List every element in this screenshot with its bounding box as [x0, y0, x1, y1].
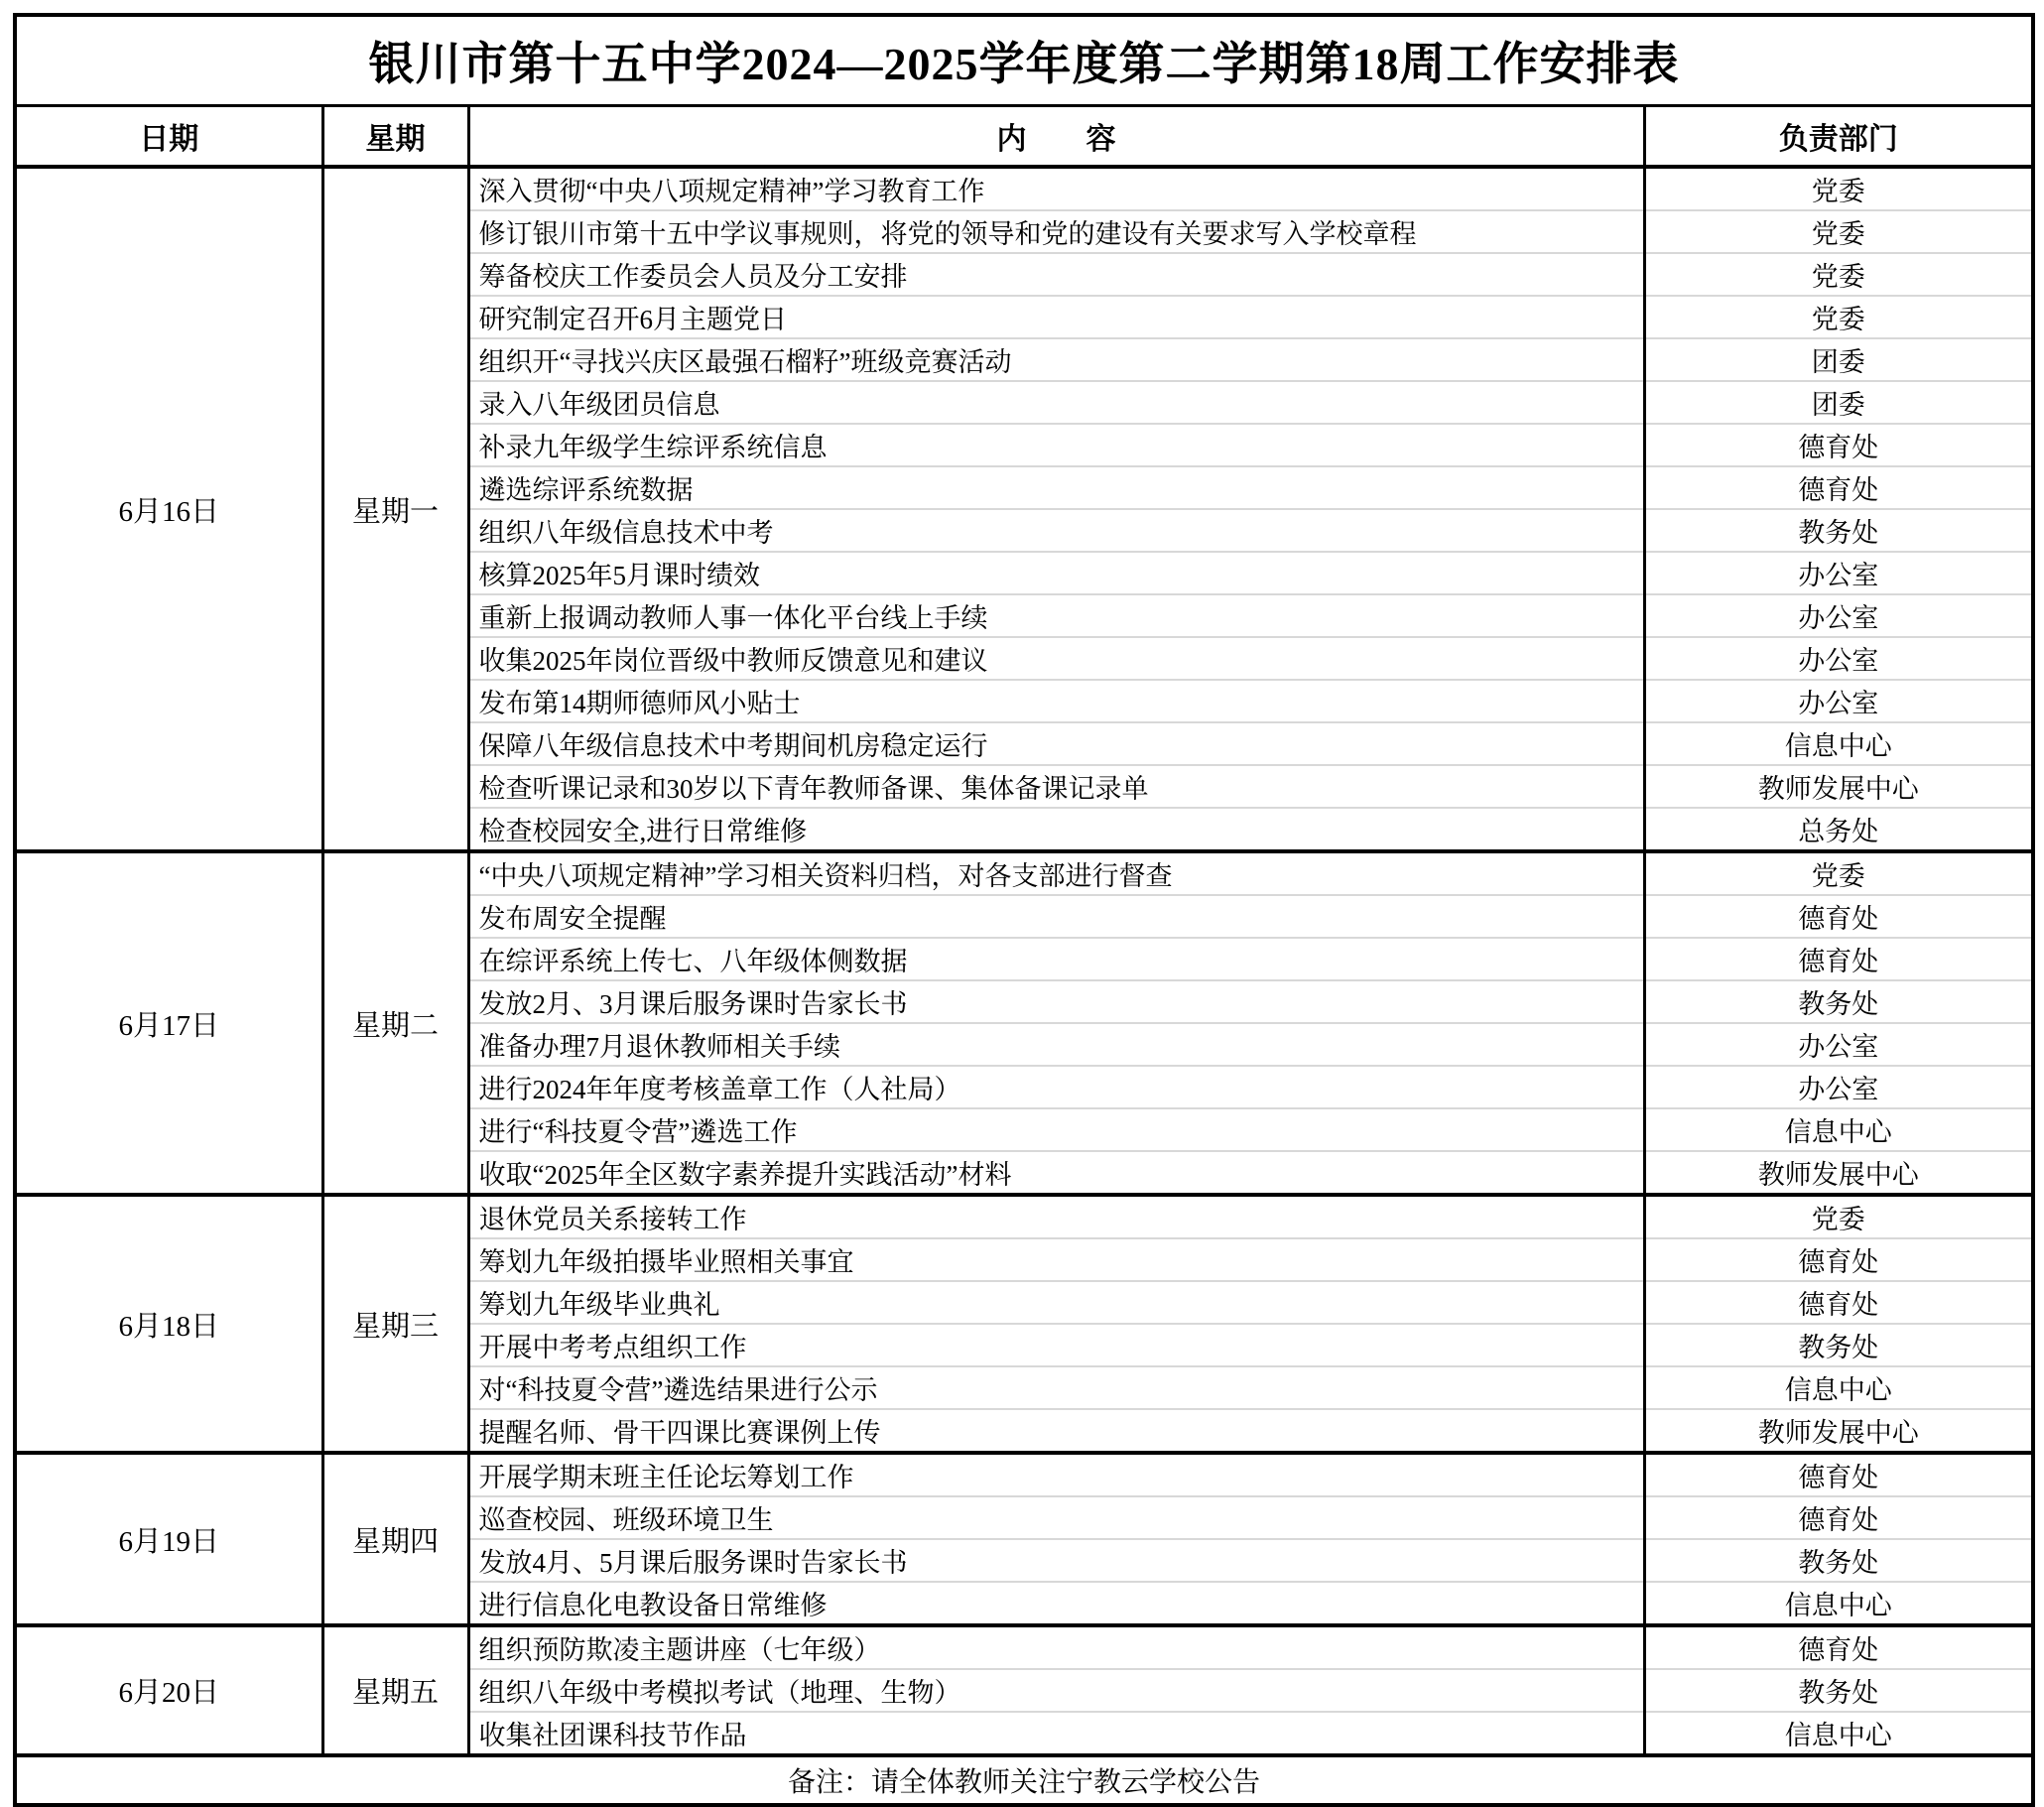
task-content-cell: 发放2月、3月课后服务课时告家长书 [468, 980, 1644, 1023]
schedule-table: 银川市第十五中学2024—2025学年度第二学期第18周工作安排表 日期 星期 … [13, 13, 2035, 1807]
task-content-cell: 组织开“寻找兴庆区最强石榴籽”班级竞赛活动 [468, 338, 1644, 381]
task-content-cell: “中央八项规定精神”学习相关资料归档，对各支部进行督查 [468, 851, 1644, 895]
department-cell: 团委 [1644, 338, 2033, 381]
department-cell: 信息中心 [1644, 1712, 2033, 1755]
schedule-row: 6月20日星期五组织预防欺凌主题讲座（七年级）德育处 [15, 1625, 2033, 1669]
department-cell: 教务处 [1644, 1539, 2033, 1582]
department-cell: 德育处 [1644, 1238, 2033, 1281]
task-content-cell: 保障八年级信息技术中考期间机房稳定运行 [468, 722, 1644, 765]
weekday-cell: 星期五 [322, 1625, 468, 1755]
department-cell: 教务处 [1644, 1324, 2033, 1366]
department-cell: 团委 [1644, 381, 2033, 424]
date-cell: 6月16日 [15, 167, 322, 851]
department-cell: 总务处 [1644, 808, 2033, 851]
page-title: 银川市第十五中学2024—2025学年度第二学期第18周工作安排表 [15, 15, 2033, 106]
department-cell: 教务处 [1644, 980, 2033, 1023]
department-cell: 信息中心 [1644, 1366, 2033, 1409]
task-content-cell: 筹划九年级拍摄毕业照相关事宜 [468, 1238, 1644, 1281]
department-cell: 办公室 [1644, 552, 2033, 594]
department-cell: 教务处 [1644, 509, 2033, 552]
task-content-cell: 研究制定召开6月主题党日 [468, 296, 1644, 338]
task-content-cell: 收取“2025年全区数字素养提升实践活动”材料 [468, 1151, 1644, 1195]
department-cell: 党委 [1644, 1195, 2033, 1238]
task-content-cell: 对“科技夏令营”遴选结果进行公示 [468, 1366, 1644, 1409]
department-cell: 党委 [1644, 210, 2033, 253]
date-cell: 6月20日 [15, 1625, 322, 1755]
task-content-cell: 录入八年级团员信息 [468, 381, 1644, 424]
department-cell: 办公室 [1644, 637, 2033, 680]
weekday-cell: 星期一 [322, 167, 468, 851]
department-cell: 教师发展中心 [1644, 1409, 2033, 1453]
task-content-cell: 遴选综评系统数据 [468, 466, 1644, 509]
department-cell: 信息中心 [1644, 1108, 2033, 1151]
department-cell: 德育处 [1644, 466, 2033, 509]
department-cell: 德育处 [1644, 1625, 2033, 1669]
task-content-cell: 修订银川市第十五中学议事规则，将党的领导和党的建设有关要求写入学校章程 [468, 210, 1644, 253]
task-content-cell: 进行“科技夏令营”遴选工作 [468, 1108, 1644, 1151]
department-cell: 德育处 [1644, 895, 2033, 938]
date-cell: 6月18日 [15, 1195, 322, 1453]
department-cell: 信息中心 [1644, 722, 2033, 765]
date-cell: 6月17日 [15, 851, 322, 1195]
note-row: 备注：请全体教师关注宁教云学校公告 [15, 1755, 2033, 1805]
department-cell: 德育处 [1644, 1281, 2033, 1324]
task-content-cell: 发布周安全提醒 [468, 895, 1644, 938]
task-content-cell: 退休党员关系接转工作 [468, 1195, 1644, 1238]
department-cell: 办公室 [1644, 594, 2033, 637]
task-content-cell: 开展学期末班主任论坛筹划工作 [468, 1453, 1644, 1496]
department-cell: 办公室 [1644, 1066, 2033, 1108]
task-content-cell: 发布第14期师德师风小贴士 [468, 680, 1644, 722]
department-cell: 德育处 [1644, 938, 2033, 980]
task-content-cell: 检查校园安全,进行日常维修 [468, 808, 1644, 851]
department-cell: 党委 [1644, 167, 2033, 210]
schedule-body: 6月16日星期一深入贯彻“中央八项规定精神”学习教育工作党委修订银川市第十五中学… [15, 167, 2033, 1755]
task-content-cell: 检查听课记录和30岁以下青年教师备课、集体备课记录单 [468, 765, 1644, 808]
task-content-cell: 开展中考考点组织工作 [468, 1324, 1644, 1366]
department-cell: 教师发展中心 [1644, 765, 2033, 808]
department-cell: 党委 [1644, 851, 2033, 895]
schedule-row: 6月18日星期三退休党员关系接转工作党委 [15, 1195, 2033, 1238]
weekday-cell: 星期二 [322, 851, 468, 1195]
department-cell: 教师发展中心 [1644, 1151, 2033, 1195]
task-content-cell: 准备办理7月退休教师相关手续 [468, 1023, 1644, 1066]
schedule-sheet: 银川市第十五中学2024—2025学年度第二学期第18周工作安排表 日期 星期 … [13, 13, 2035, 1807]
department-cell: 德育处 [1644, 1496, 2033, 1539]
task-content-cell: 收集社团课科技节作品 [468, 1712, 1644, 1755]
task-content-cell: 筹划九年级毕业典礼 [468, 1281, 1644, 1324]
schedule-row: 6月17日星期二“中央八项规定精神”学习相关资料归档，对各支部进行督查党委 [15, 851, 2033, 895]
schedule-row: 6月19日星期四开展学期末班主任论坛筹划工作德育处 [15, 1453, 2033, 1496]
column-header-department: 负责部门 [1644, 106, 2033, 168]
task-content-cell: 进行信息化电教设备日常维修 [468, 1582, 1644, 1625]
department-cell: 教务处 [1644, 1669, 2033, 1712]
task-content-cell: 提醒名师、骨干四课比赛课例上传 [468, 1409, 1644, 1453]
department-cell: 信息中心 [1644, 1582, 2033, 1625]
task-content-cell: 收集2025年岗位晋级中教师反馈意见和建议 [468, 637, 1644, 680]
department-cell: 办公室 [1644, 680, 2033, 722]
task-content-cell: 筹备校庆工作委员会人员及分工安排 [468, 253, 1644, 296]
task-content-cell: 发放4月、5月课后服务课时告家长书 [468, 1539, 1644, 1582]
department-cell: 办公室 [1644, 1023, 2033, 1066]
task-content-cell: 深入贯彻“中央八项规定精神”学习教育工作 [468, 167, 1644, 210]
footer-note: 备注：请全体教师关注宁教云学校公告 [15, 1755, 2033, 1805]
task-content-cell: 进行2024年年度考核盖章工作（人社局） [468, 1066, 1644, 1108]
weekday-cell: 星期三 [322, 1195, 468, 1453]
date-cell: 6月19日 [15, 1453, 322, 1625]
task-content-cell: 补录九年级学生综评系统信息 [468, 424, 1644, 466]
column-header-row: 日期 星期 内 容 负责部门 [15, 106, 2033, 168]
department-cell: 德育处 [1644, 424, 2033, 466]
column-header-weekday: 星期 [322, 106, 468, 168]
title-row: 银川市第十五中学2024—2025学年度第二学期第18周工作安排表 [15, 15, 2033, 106]
task-content-cell: 巡查校园、班级环境卫生 [468, 1496, 1644, 1539]
department-cell: 德育处 [1644, 1453, 2033, 1496]
department-cell: 党委 [1644, 253, 2033, 296]
schedule-row: 6月16日星期一深入贯彻“中央八项规定精神”学习教育工作党委 [15, 167, 2033, 210]
column-header-content: 内 容 [468, 106, 1644, 168]
department-cell: 党委 [1644, 296, 2033, 338]
task-content-cell: 组织八年级中考模拟考试（地理、生物） [468, 1669, 1644, 1712]
task-content-cell: 组织八年级信息技术中考 [468, 509, 1644, 552]
task-content-cell: 在综评系统上传七、八年级体侧数据 [468, 938, 1644, 980]
column-header-date: 日期 [15, 106, 322, 168]
task-content-cell: 重新上报调动教师人事一体化平台线上手续 [468, 594, 1644, 637]
task-content-cell: 核算2025年5月课时绩效 [468, 552, 1644, 594]
weekday-cell: 星期四 [322, 1453, 468, 1625]
task-content-cell: 组织预防欺凌主题讲座（七年级） [468, 1625, 1644, 1669]
